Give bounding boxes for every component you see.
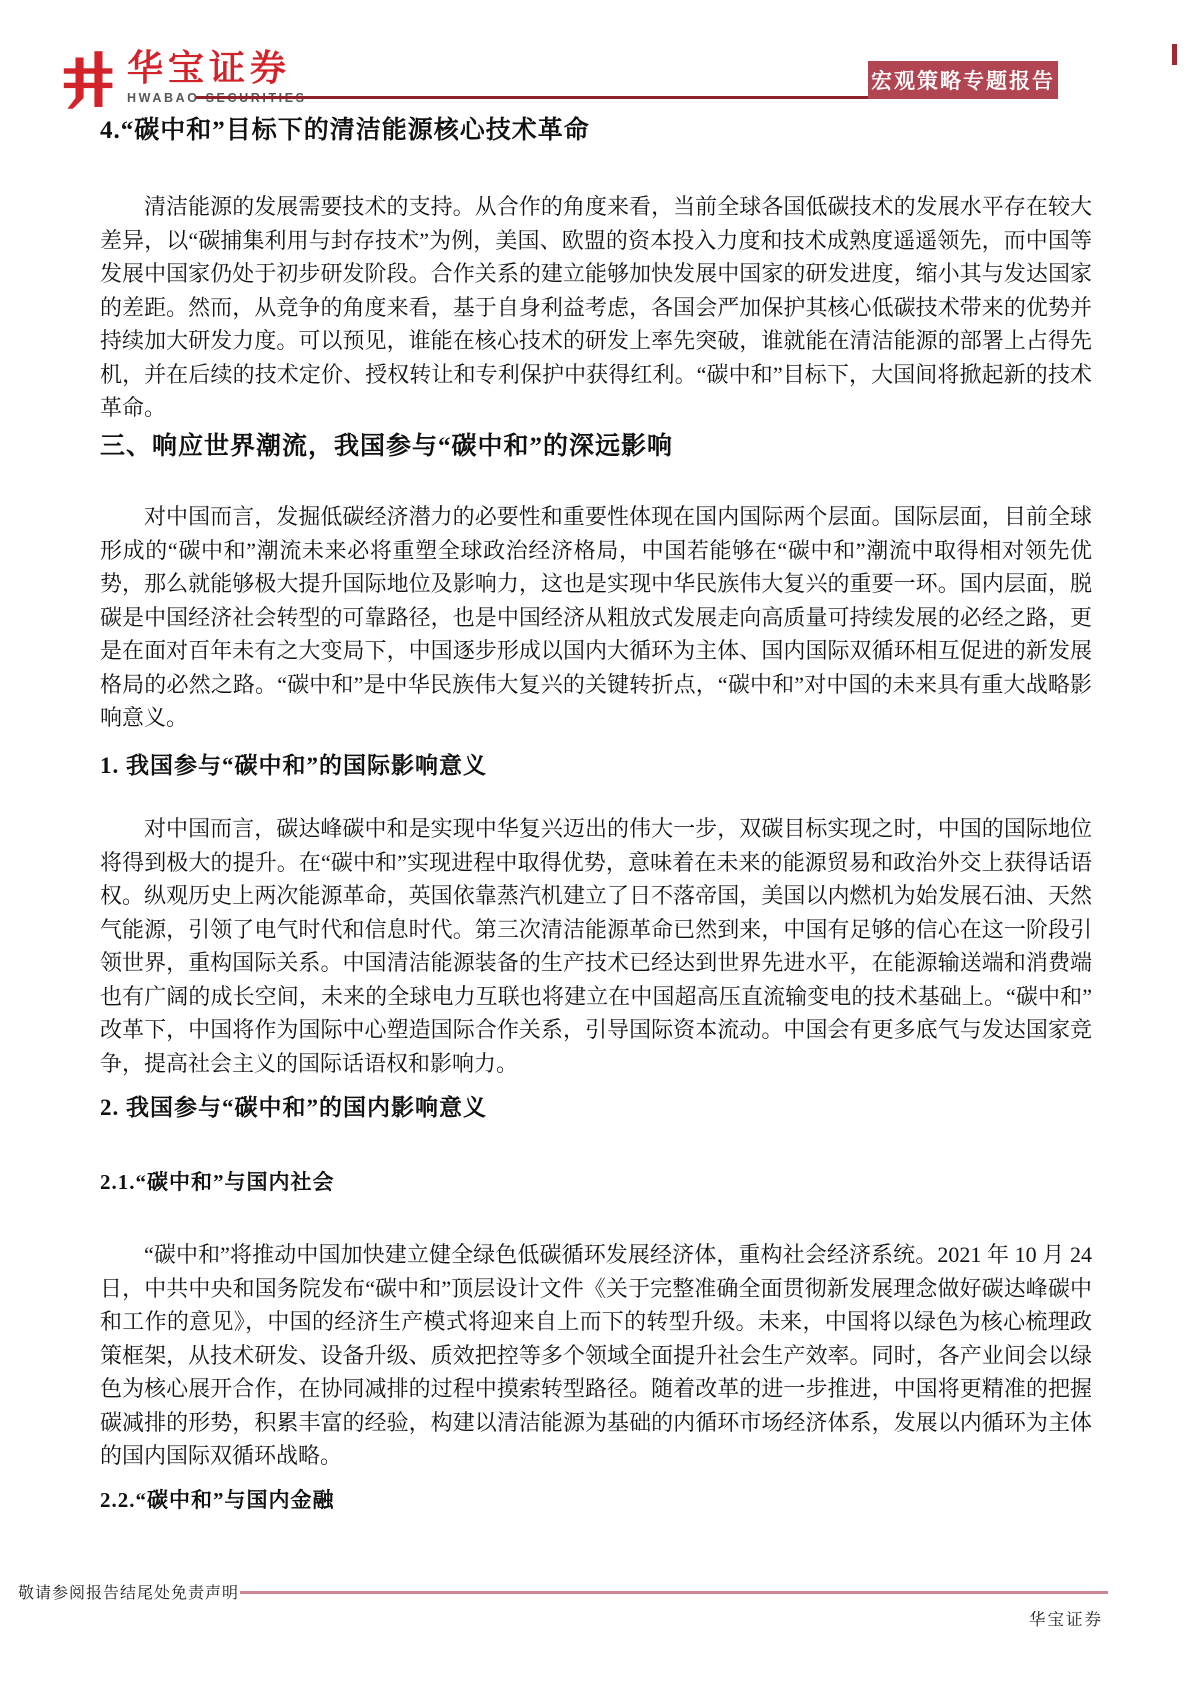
paragraph-international-significance: 对中国而言，碳达峰碳中和是实现中华复兴迈出的伟大一步，双碳目标实现之时，中国的国…	[100, 812, 1092, 1080]
hwabao-logo-icon	[62, 50, 116, 110]
heading-2-domestic-significance: 2. 我国参与“碳中和”的国内影响意义	[100, 1092, 1092, 1123]
paragraph-world-trend: 对中国而言，发掘低碳经济潜力的必要性和重要性体现在国内国际两个层面。国际层面，目…	[100, 500, 1092, 735]
footer-company-name: 华宝证券	[1029, 1606, 1103, 1630]
footer-divider-rule	[240, 1591, 1108, 1594]
footer-disclaimer-text: 敬请参阅报告结尾处免责声明	[18, 1580, 239, 1603]
heading-1-international-significance: 1. 我国参与“碳中和”的国际影响意义	[100, 750, 1092, 781]
report-type-badge: 宏观策略专题报告	[868, 61, 1058, 99]
paragraph-domestic-society: “碳中和”将推动中国加快建立健全绿色低碳循环发展经济体，重构社会经济系统。202…	[100, 1238, 1092, 1473]
heading-2-2-domestic-finance: 2.2.“碳中和”与国内金融	[100, 1486, 1092, 1514]
header-edge-mark	[1172, 44, 1177, 65]
paragraph-clean-energy-tech: 清洁能源的发展需要技术的支持。从合作的角度来看，当前全球各国低碳技术的发展水平存…	[100, 190, 1092, 425]
heading-2-1-domestic-society: 2.1.“碳中和”与国内社会	[100, 1168, 1092, 1196]
section-heading-3-world-trend: 三、响应世界潮流，我国参与“碳中和”的深远影响	[100, 430, 1092, 464]
logo-company-name-cn: 华宝证券	[127, 50, 307, 88]
company-logo: 华宝证券 HWABAO SECURITIES	[62, 50, 307, 110]
section-heading-4-clean-energy-tech: 4.“碳中和”目标下的清洁能源核心技术革命	[100, 114, 1092, 148]
report-page: 华宝证券 HWABAO SECURITIES 宏观策略专题报告 4.“碳中和”目…	[0, 0, 1191, 1684]
